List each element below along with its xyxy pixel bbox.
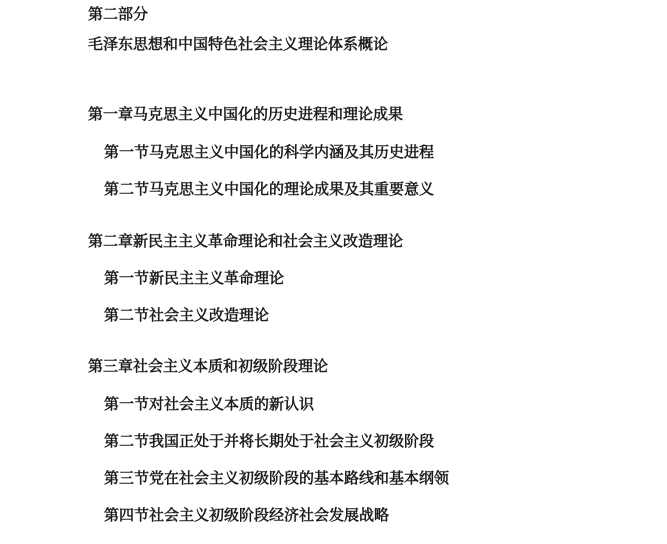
toc-chapter-3-section-4: 第四节社会主义初级阶段经济社会发展战略	[0, 508, 667, 523]
toc-chapter-2-title: 第二章新民主主义革命理论和社会主义改造理论	[0, 234, 667, 249]
toc-part-number: 第二部分	[0, 7, 667, 22]
toc-chapter-2-section-1: 第一节新民主主义革命理论	[0, 271, 667, 286]
document-page: 第二部分 毛泽东思想和中国特色社会主义理论体系概论 第一章马克思主义中国化的历史…	[0, 0, 667, 544]
toc-chapter-1-section-2: 第二节马克思主义中国化的理论成果及其重要意义	[0, 182, 667, 197]
toc-chapter-1-title: 第一章马克思主义中国化的历史进程和理论成果	[0, 107, 667, 122]
toc-chapter-2-section-2: 第二节社会主义改造理论	[0, 308, 667, 323]
toc-chapter-3-title: 第三章社会主义本质和初级阶段理论	[0, 359, 667, 374]
toc-chapter-3-section-3: 第三节党在社会主义初级阶段的基本路线和基本纲领	[0, 471, 667, 486]
toc-chapter-3-section-2: 第二节我国正处于并将长期处于社会主义初级阶段	[0, 434, 667, 449]
toc-part-title: 毛泽东思想和中国特色社会主义理论体系概论	[0, 37, 667, 52]
toc-chapter-1-section-1: 第一节马克思主义中国化的科学内涵及其历史进程	[0, 145, 667, 160]
toc-chapter-3-section-1: 第一节对社会主义本质的新认识	[0, 397, 667, 412]
